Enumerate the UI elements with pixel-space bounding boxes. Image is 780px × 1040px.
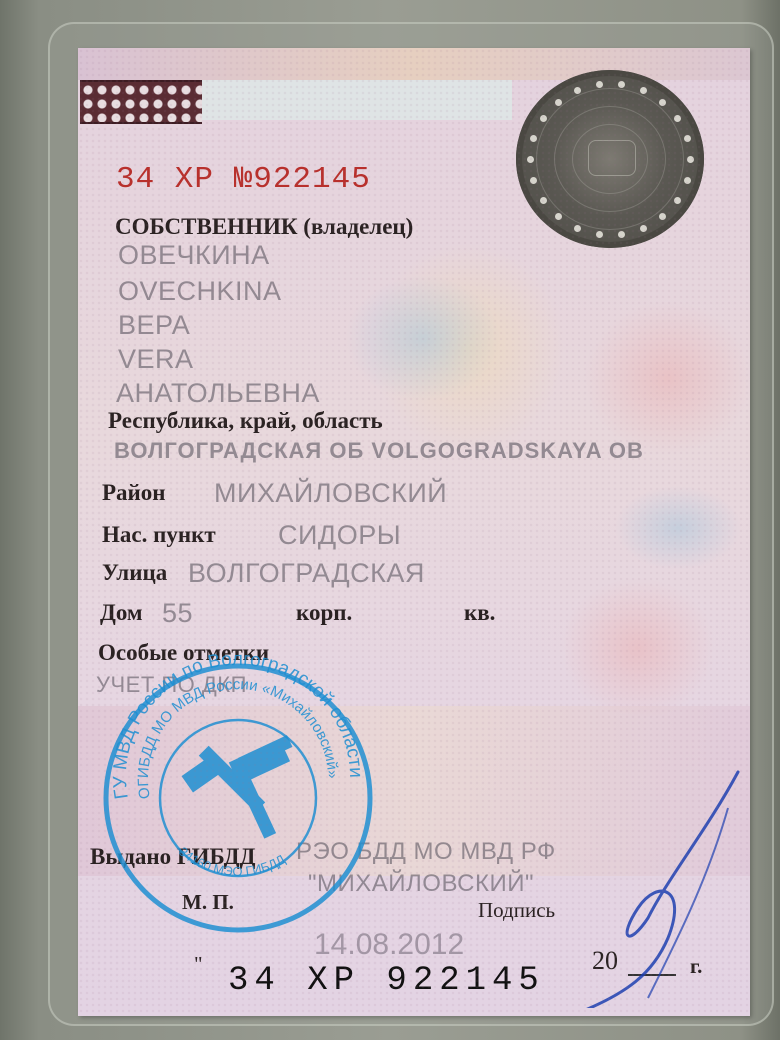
locality-label: Нас. пункт bbox=[102, 522, 216, 548]
district-value: МИХАЙЛОВСКИЙ bbox=[214, 478, 447, 509]
house-label: Дом bbox=[100, 600, 143, 626]
owner-name-lat: VERA bbox=[118, 344, 194, 375]
owner-name-ru: ВЕРА bbox=[118, 310, 190, 341]
date-open-quote: " bbox=[194, 952, 203, 977]
region-value: ВОЛГОГРАДСКАЯ ОБ VOLGOGRADSKAYA OB bbox=[114, 438, 644, 464]
signature-icon bbox=[558, 768, 748, 1008]
white-strip bbox=[202, 80, 512, 120]
building-label: корп. bbox=[296, 600, 352, 626]
owner-surname-lat: OVECHKINA bbox=[118, 276, 282, 307]
stamp-bottom-text: 34160 МЭО ГИБДД bbox=[176, 844, 288, 879]
district-label: Район bbox=[102, 480, 166, 506]
owner-patronymic-ru: АНАТОЛЬЕВНА bbox=[116, 378, 320, 409]
owner-surname-ru: ОВЕЧКИНА bbox=[118, 240, 270, 271]
svg-text:34160 МЭО ГИБДД: 34160 МЭО ГИБДД bbox=[176, 844, 288, 879]
series-number-header: 34 ХР №922145 bbox=[116, 162, 371, 197]
ornament-strip bbox=[80, 80, 202, 124]
hologram-seal-icon bbox=[516, 70, 704, 248]
owner-label: СОБСТВЕННИК (владелец) bbox=[115, 214, 413, 240]
street-label: Улица bbox=[102, 560, 167, 586]
issue-date: 14.08.2012 bbox=[314, 928, 464, 962]
police-stamp-icon: ГУ МВД России по Волгоградской области О… bbox=[88, 648, 388, 938]
signature-label: Подпись bbox=[478, 898, 555, 923]
apartment-label: кв. bbox=[464, 600, 495, 626]
house-value: 55 bbox=[162, 598, 193, 629]
series-number-footer: 34 ХР 922145 bbox=[228, 962, 545, 1000]
registration-certificate: 34 ХР №922145 СОБСТВЕННИК (владелец) ОВЕ… bbox=[78, 48, 750, 1016]
locality-value: СИДОРЫ bbox=[278, 520, 401, 551]
region-label: Республика, край, область bbox=[108, 408, 383, 434]
street-value: ВОЛГОГРАДСКАЯ bbox=[188, 558, 425, 589]
top-band bbox=[78, 48, 750, 80]
